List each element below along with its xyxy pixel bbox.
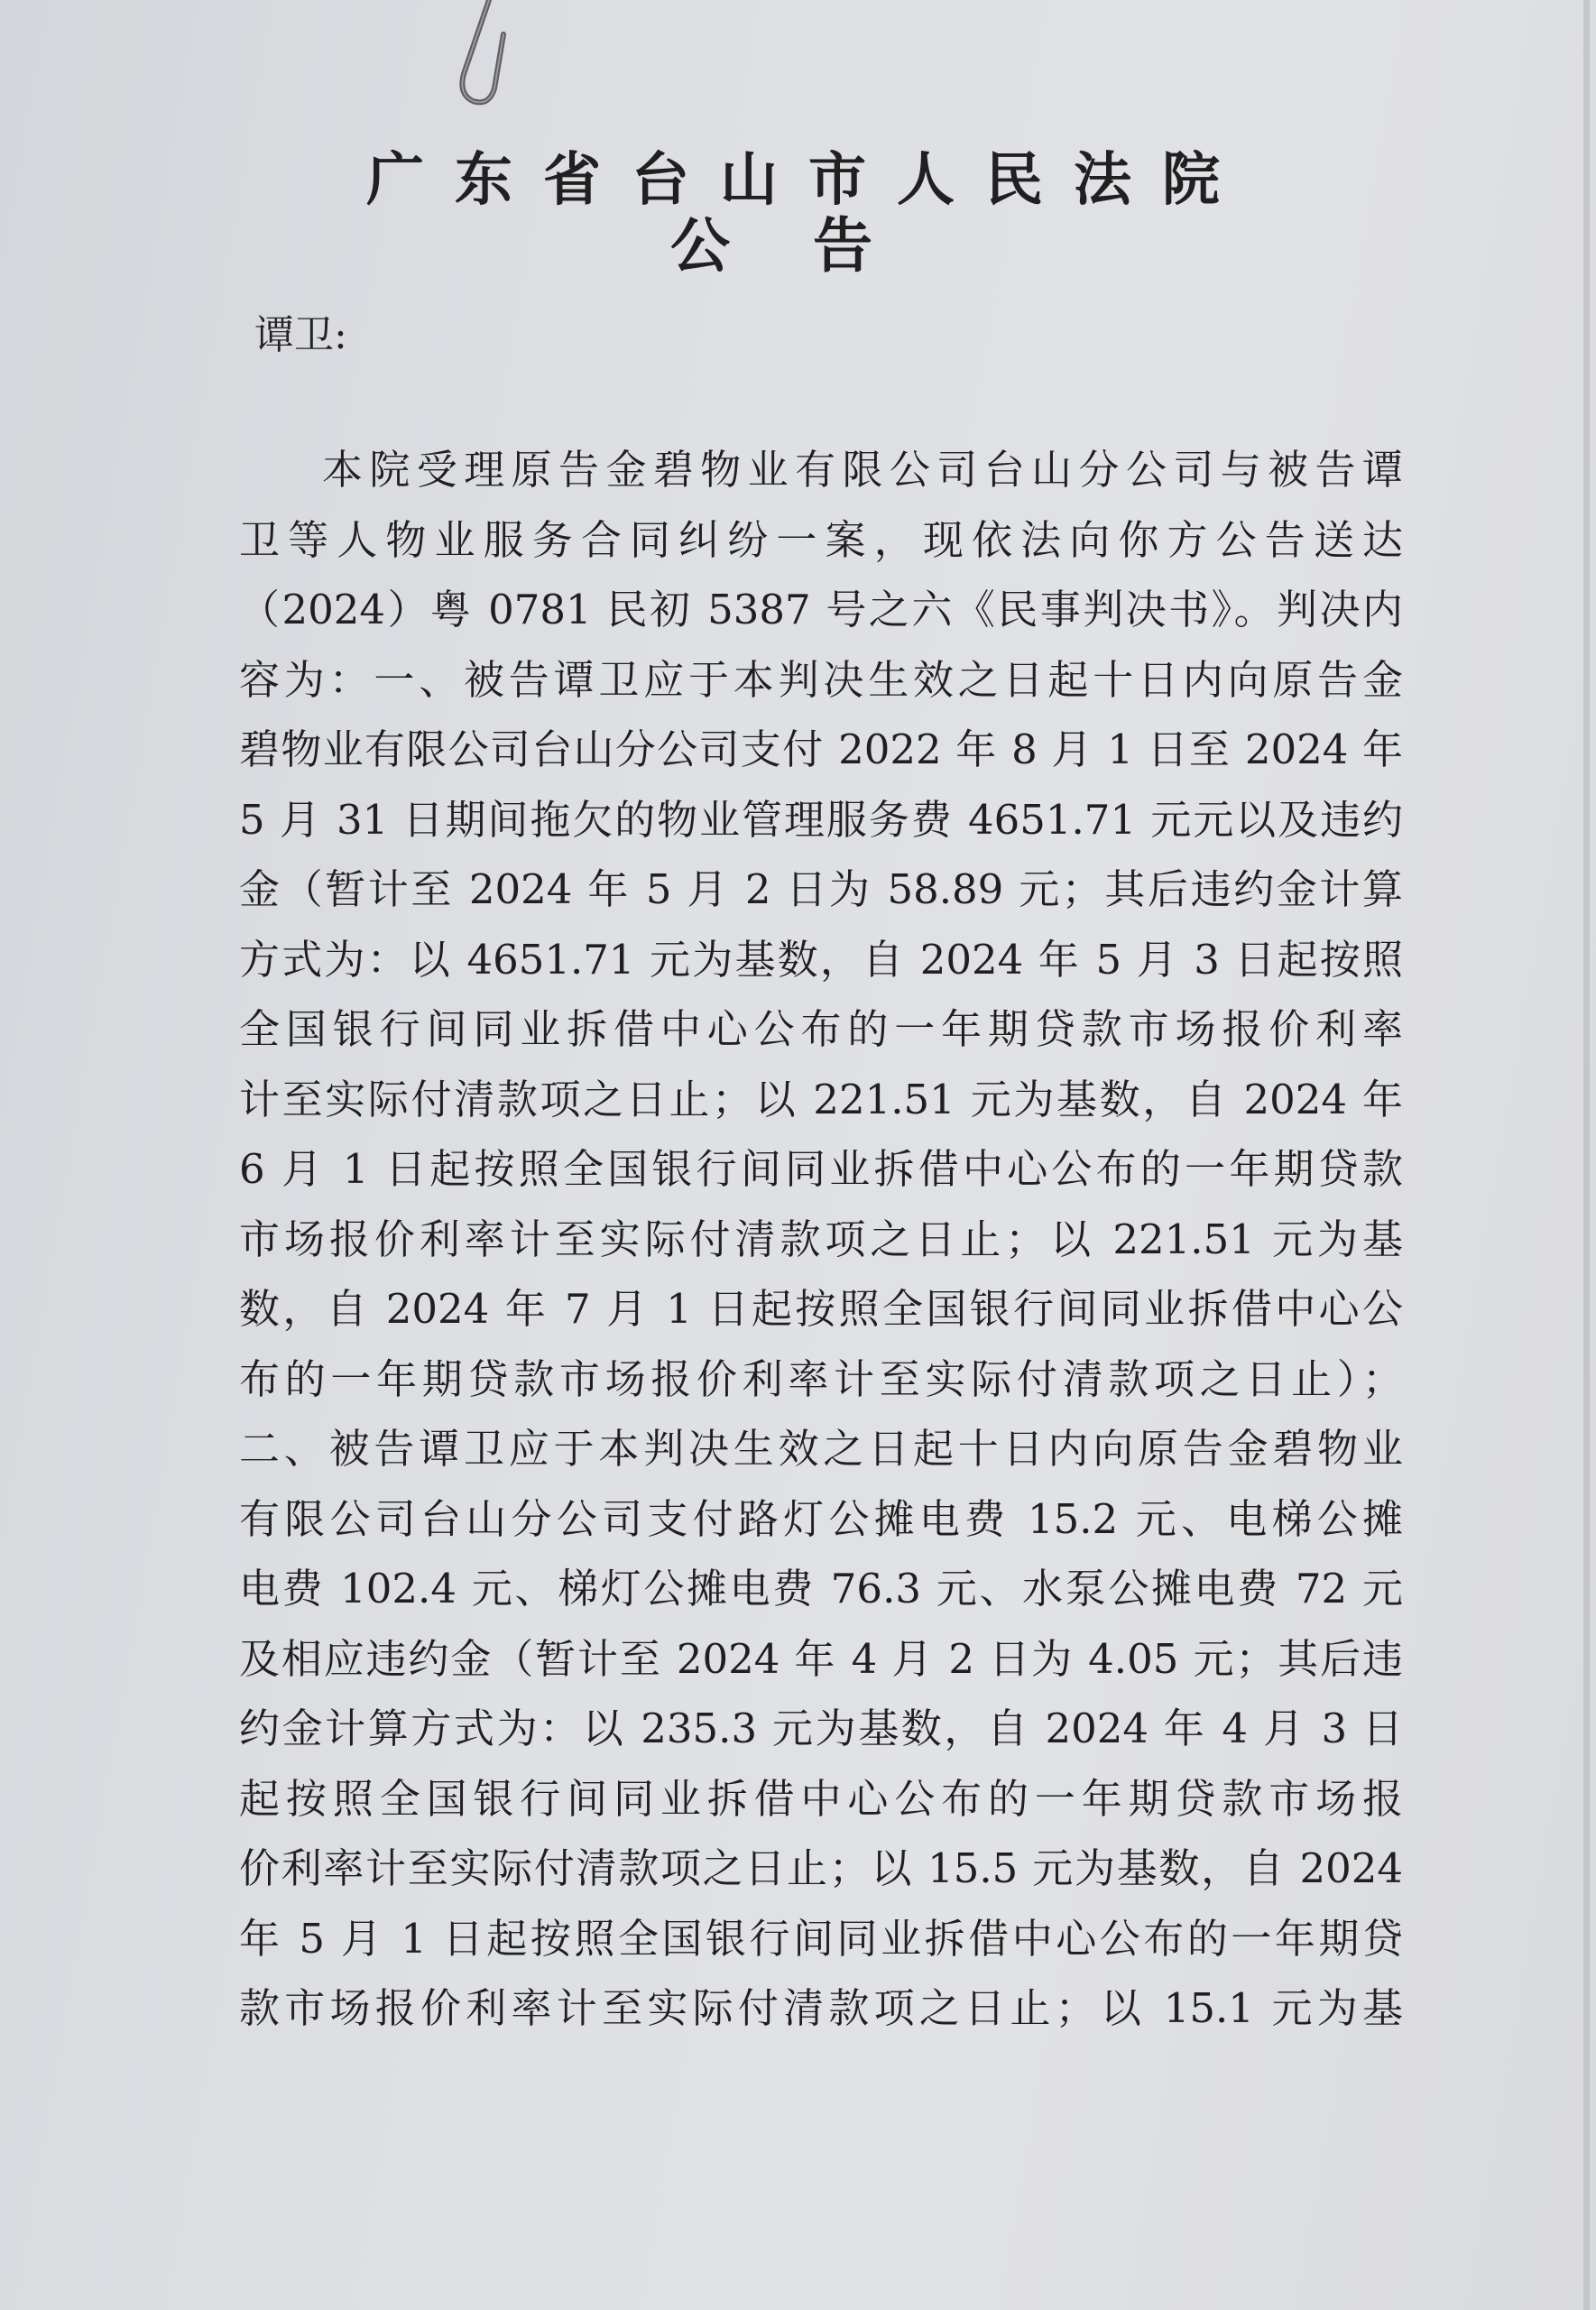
- body-line: 卫等人物业服务合同纠纷一案，现依法向你方公告送达: [239, 505, 1403, 576]
- body-line: 全国银行间同业拆借中心公布的一年期贷款市场报价利率: [239, 994, 1403, 1065]
- body-line: 电费 102.4 元、梯灯公摊电费 76.3 元、水泵公摊电费 72 元: [239, 1554, 1403, 1624]
- body-line: 容为：一、被告谭卫应于本判决生效之日起十日内向原告金: [239, 645, 1403, 716]
- body-line: 计至实际付清款项之日止；以 221.51 元为基数，自 2024 年: [239, 1065, 1403, 1135]
- body-line: 碧物业有限公司台山分公司支付 2022 年 8 月 1 日至 2024 年: [239, 715, 1403, 785]
- body-line: （2024）粤 0781 民初 5387 号之六《民事判决书》。判决内: [239, 575, 1403, 645]
- body-line: 价利率计至实际付清款项之日止；以 15.5 元为基数，自 2024: [239, 1834, 1403, 1904]
- body-line: 布的一年期贷款市场报价利率计至实际付清款项之日止）；: [239, 1344, 1403, 1415]
- body-line: 5 月 31 日期间拖欠的物业管理服务费 4651.71 元元以及违约: [239, 785, 1403, 855]
- body-line: 约金计算方式为：以 235.3 元为基数，自 2024 年 4 月 3 日: [239, 1694, 1403, 1764]
- document-type-heading: 公告: [0, 217, 1590, 276]
- court-name-heading: 广东省台山市人民法院: [0, 152, 1590, 209]
- body-line: 6 月 1 日起按照全国银行间同业拆借中心公布的一年期贷款: [239, 1134, 1403, 1205]
- body-line: 年 5 月 1 日起按照全国银行间同业拆借中心公布的一年期贷: [239, 1904, 1403, 1974]
- body-line: 款市场报价利率计至实际付清款项之日止；以 15.1 元为基: [239, 1973, 1403, 2044]
- body-line: 起按照全国银行间同业拆借中心公布的一年期贷款市场报: [239, 1764, 1403, 1834]
- body-line: 二、被告谭卫应于本判决生效之日起十日内向原告金碧物业: [239, 1414, 1403, 1484]
- body-line: 有限公司台山分公司支付路灯公摊电费 15.2 元、电梯公摊: [239, 1484, 1403, 1555]
- page-edge: [1583, 0, 1590, 2310]
- paperclip-icon: [442, 0, 514, 113]
- body-line: 金（暂计至 2024 年 5 月 2 日为 58.89 元；其后违约金计算: [239, 855, 1403, 925]
- body-line: 本院受理原告金碧物业有限公司台山分公司与被告谭: [239, 435, 1403, 505]
- body-line: 数，自 2024 年 7 月 1 日起按照全国银行间同业拆借中心公: [239, 1274, 1403, 1344]
- addressee: 谭卫:: [254, 316, 347, 356]
- notice-body: 本院受理原告金碧物业有限公司台山分公司与被告谭 卫等人物业服务合同纠纷一案，现依…: [239, 435, 1403, 2044]
- body-line: 方式为：以 4651.71 元为基数，自 2024 年 5 月 3 日起按照: [239, 925, 1403, 995]
- body-line: 及相应违约金（暂计至 2024 年 4 月 2 日为 4.05 元；其后违: [239, 1624, 1403, 1695]
- document-page: 广东省台山市人民法院 公告 谭卫: 本院受理原告金碧物业有限公司台山分公司与被告…: [0, 0, 1590, 2310]
- body-line: 市场报价利率计至实际付清款项之日止；以 221.51 元为基: [239, 1205, 1403, 1275]
